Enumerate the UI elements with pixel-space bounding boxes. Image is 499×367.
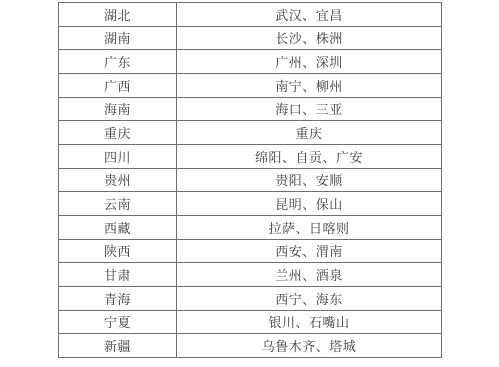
province-cell: 重庆 — [59, 121, 177, 145]
cities-cell: 拉萨、日喀则 — [177, 215, 442, 239]
province-cell: 甘肃 — [59, 263, 177, 287]
cities-cell: 重庆 — [177, 121, 442, 145]
table-row: 湖北 武汉、宜昌 — [59, 3, 442, 27]
province-cell: 新疆 — [59, 334, 177, 358]
table-row: 广东 广州、深圳 — [59, 50, 442, 74]
province-cell: 陕西 — [59, 239, 177, 263]
province-cell: 云南 — [59, 192, 177, 216]
province-cell: 四川 — [59, 144, 177, 168]
province-cell: 广西 — [59, 73, 177, 97]
table-container: 湖北 武汉、宜昌 湖南 长沙、株洲 广东 广州、深圳 广西 南宁、柳州 海南 海… — [58, 2, 442, 358]
cities-cell: 南宁、柳州 — [177, 73, 442, 97]
cities-cell: 广州、深圳 — [177, 50, 442, 74]
table-row: 四川 绵阳、自贡、广安 — [59, 144, 442, 168]
province-cell: 湖南 — [59, 26, 177, 50]
cities-cell: 昆明、保山 — [177, 192, 442, 216]
table-row: 陕西 西安、渭南 — [59, 239, 442, 263]
table-row: 甘肃 兰州、酒泉 — [59, 263, 442, 287]
cities-cell: 西宁、海东 — [177, 286, 442, 310]
table-body: 湖北 武汉、宜昌 湖南 长沙、株洲 广东 广州、深圳 广西 南宁、柳州 海南 海… — [59, 3, 442, 358]
table-row: 云南 昆明、保山 — [59, 192, 442, 216]
province-cell: 青海 — [59, 286, 177, 310]
table-row: 湖南 长沙、株洲 — [59, 26, 442, 50]
table-row: 海南 海口、三亚 — [59, 97, 442, 121]
cities-cell: 武汉、宜昌 — [177, 3, 442, 27]
cities-cell: 绵阳、自贡、广安 — [177, 144, 442, 168]
table-row: 广西 南宁、柳州 — [59, 73, 442, 97]
province-cell: 西藏 — [59, 215, 177, 239]
table-row: 新疆 乌鲁木齐、塔城 — [59, 334, 442, 358]
cities-cell: 乌鲁木齐、塔城 — [177, 334, 442, 358]
table-row: 西藏 拉萨、日喀则 — [59, 215, 442, 239]
province-cell: 湖北 — [59, 3, 177, 27]
cities-cell: 西安、渭南 — [177, 239, 442, 263]
table-row: 青海 西宁、海东 — [59, 286, 442, 310]
province-cell: 宁夏 — [59, 310, 177, 334]
province-cell: 贵州 — [59, 168, 177, 192]
province-cell: 广东 — [59, 50, 177, 74]
cities-cell: 贵阳、安顺 — [177, 168, 442, 192]
table-row: 重庆 重庆 — [59, 121, 442, 145]
cities-cell: 兰州、酒泉 — [177, 263, 442, 287]
table-row: 宁夏 银川、石嘴山 — [59, 310, 442, 334]
province-cell: 海南 — [59, 97, 177, 121]
province-city-table: 湖北 武汉、宜昌 湖南 长沙、株洲 广东 广州、深圳 广西 南宁、柳州 海南 海… — [58, 2, 442, 358]
cities-cell: 海口、三亚 — [177, 97, 442, 121]
table-row: 贵州 贵阳、安顺 — [59, 168, 442, 192]
cities-cell: 银川、石嘴山 — [177, 310, 442, 334]
cities-cell: 长沙、株洲 — [177, 26, 442, 50]
